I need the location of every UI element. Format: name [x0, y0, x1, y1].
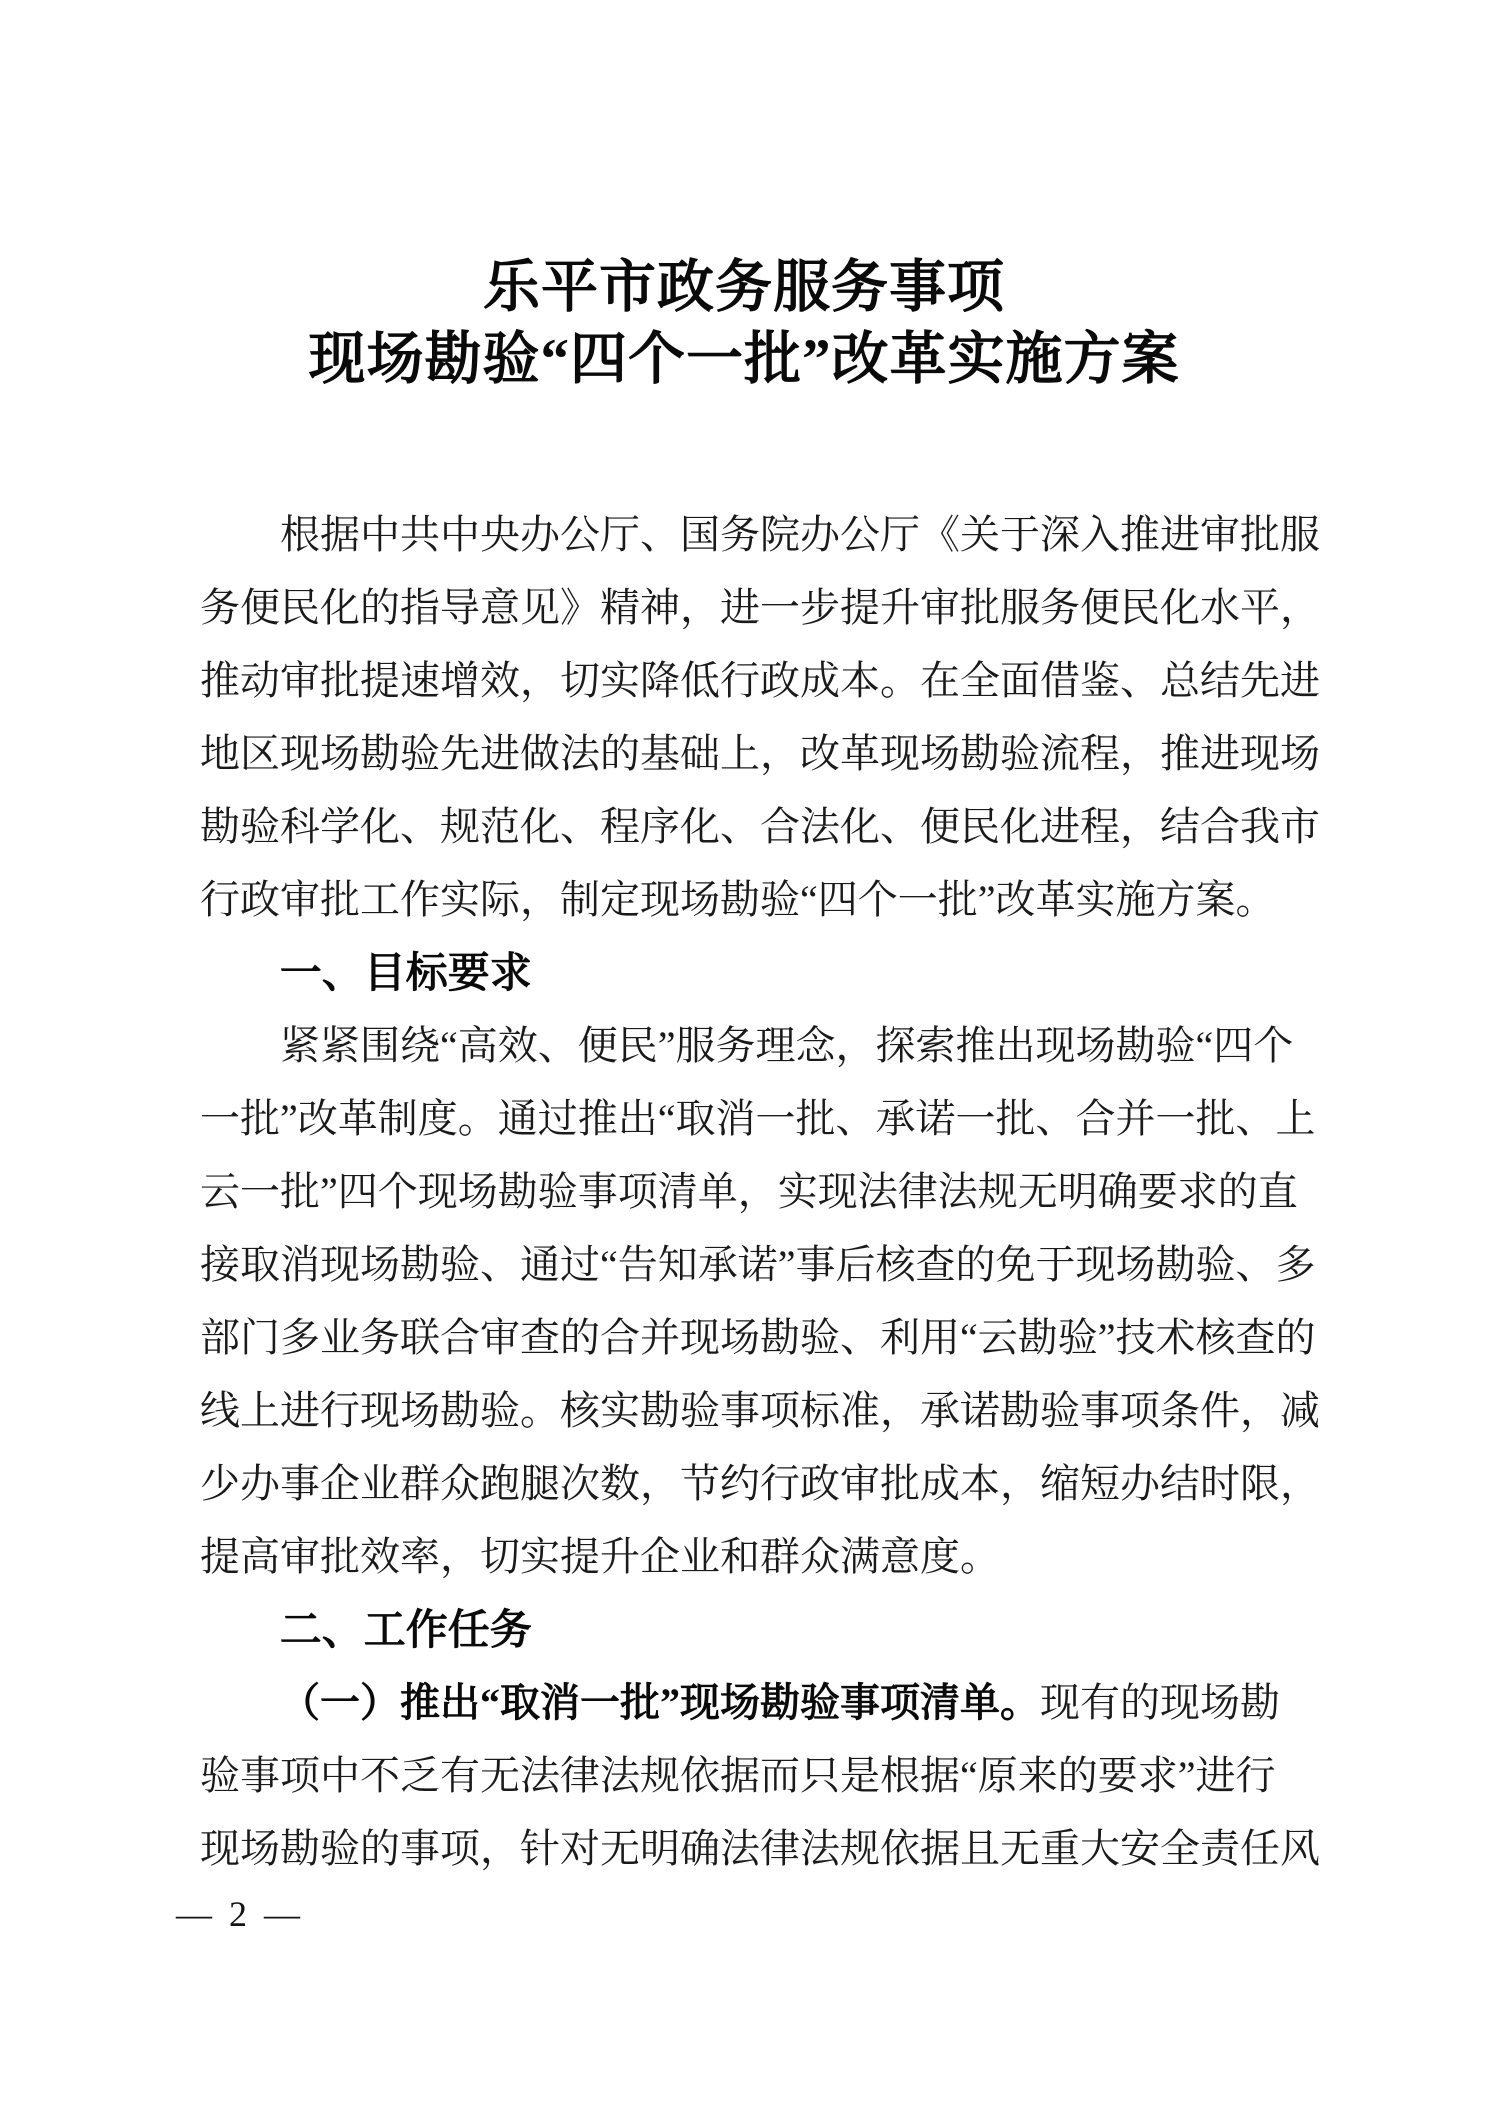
document-title-line2: 现场勘验“四个一批”改革实施方案 [0, 324, 1488, 396]
item1-lead-rest: 现有的现场勘 [1040, 1680, 1280, 1725]
body-line: 云一批”四个现场勘验事项清单，实现法律法规无明确要求的直 [200, 1155, 1320, 1228]
body-line: 紧紧围绕“高效、便民”服务理念，探索推出现场勘验“四个 [200, 1009, 1320, 1082]
body-line: 少办事企业群众跑腿次数，节约行政审批成本，缩短办结时限， [200, 1447, 1320, 1520]
document-body: 根据中共中央办公厅、国务院办公厅《关于深入推进审批服 务便民化的指导意见》精神，… [200, 498, 1320, 1885]
document-title-line1: 乐平市政务服务事项 [0, 252, 1488, 324]
item1-lead-bold: （一）推出“取消一批”现场勘验事项清单。 [280, 1680, 1040, 1725]
section1-heading: 一、目标要求 [200, 936, 1320, 1009]
body-line: 地区现场勘验先进做法的基础上，改革现场勘验流程，推进现场 [200, 717, 1320, 790]
body-line: 线上进行现场勘验。核实勘验事项标准，承诺勘验事项条件，减 [200, 1374, 1320, 1447]
body-line: 部门多业务联合审查的合并现场勘验、利用“云勘验”技术核查的 [200, 1301, 1320, 1374]
document-title: 乐平市政务服务事项 现场勘验“四个一批”改革实施方案 [0, 0, 1488, 396]
document-page: 乐平市政务服务事项 现场勘验“四个一批”改革实施方案 根据中共中央办公厅、国务院… [0, 0, 1488, 2104]
body-line: 现场勘验的事项，针对无明确法律法规依据且无重大安全责任风 [200, 1812, 1320, 1885]
body-line: （一）推出“取消一批”现场勘验事项清单。现有的现场勘 [200, 1666, 1320, 1739]
body-line: 推动审批提速增效，切实降低行政成本。在全面借鉴、总结先进 [200, 644, 1320, 717]
body-line: 提高审批效率，切实提升企业和群众满意度。 [200, 1520, 1320, 1593]
body-line: 一批”改革制度。通过推出“取消一批、承诺一批、合并一批、上 [200, 1082, 1320, 1155]
body-line: 根据中共中央办公厅、国务院办公厅《关于深入推进审批服 [200, 498, 1320, 571]
body-line: 务便民化的指导意见》精神，进一步提升审批服务便民化水平， [200, 571, 1320, 644]
body-line: 接取消现场勘验、通过“告知承诺”事后核查的免于现场勘验、多 [200, 1228, 1320, 1301]
body-line: 行政审批工作实际，制定现场勘验“四个一批”改革实施方案。 [200, 863, 1320, 936]
section2-heading: 二、工作任务 [200, 1593, 1320, 1666]
page-number: — 2 — [176, 1893, 304, 1935]
body-line: 验事项中不乏有无法律法规依据而只是根据“原来的要求”进行 [200, 1739, 1320, 1812]
body-line: 勘验科学化、规范化、程序化、合法化、便民化进程，结合我市 [200, 790, 1320, 863]
